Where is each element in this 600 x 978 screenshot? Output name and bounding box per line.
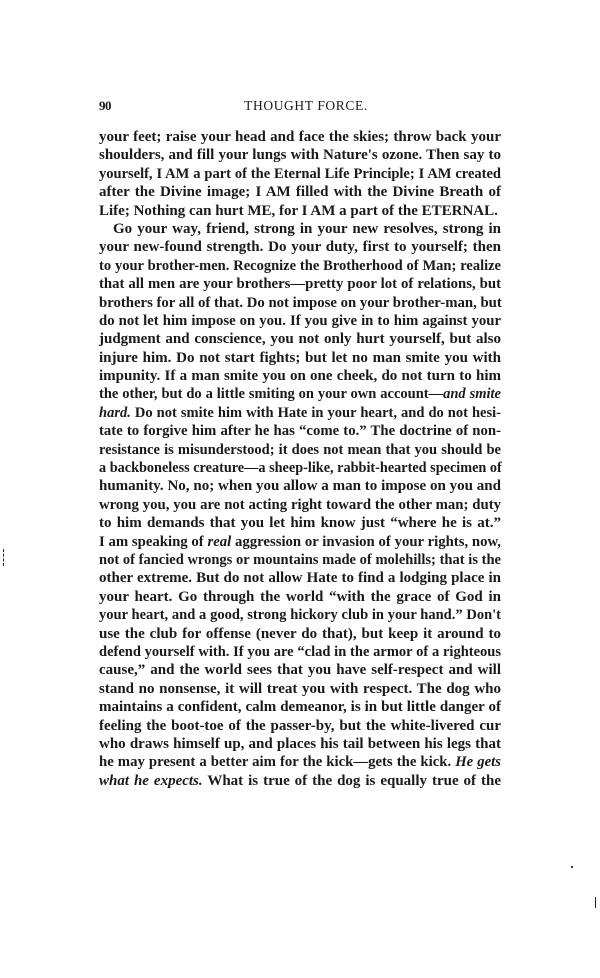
text-line: what he expects. What is true of the dog… bbox=[99, 772, 501, 790]
book-page: 90 THOUGHT FORCE. your feet; raise your … bbox=[0, 0, 600, 978]
text-line: your feet; raise your head and face the … bbox=[99, 128, 501, 146]
text-line: hard. Do not smite him with Hate in your… bbox=[99, 404, 501, 422]
italic-emphasis: real bbox=[207, 534, 231, 550]
text-line: Go your way, friend, strong in your new … bbox=[99, 220, 501, 238]
text-line: your heart, and a good, strong hickory c… bbox=[99, 606, 501, 624]
line-text: not of fancied wrongs or mountains made … bbox=[99, 552, 501, 568]
line-text: who draws himself up, and places his tai… bbox=[99, 736, 501, 752]
text-line: impunity. If a man smite you on one chee… bbox=[99, 367, 501, 385]
line-text: impunity. If a man smite you on one chee… bbox=[99, 368, 501, 384]
text-line: humanity. No, no; when you allow a man t… bbox=[99, 477, 501, 495]
line-text: stand no nonsense, it will treat you wit… bbox=[99, 681, 501, 697]
line-text: cause,” and the world sees that you have… bbox=[99, 662, 501, 678]
line-text: yourself, I AM a part of the Eternal Lif… bbox=[99, 166, 501, 182]
line-text: a backboneless creature—a sheep-like, ra… bbox=[99, 460, 502, 476]
line-text: resistance is misunderstood; it does not… bbox=[99, 442, 501, 458]
text-line: he may present a better aim for the kick… bbox=[99, 753, 501, 771]
text-line: feeling the boot-toe of the passer-by, b… bbox=[99, 717, 501, 735]
italic-emphasis: hard. bbox=[99, 405, 131, 421]
text-line: not of fancied wrongs or mountains made … bbox=[99, 551, 501, 569]
text-line: after the Divine image; I AM filled with… bbox=[99, 183, 501, 201]
line-text: after the Divine image; I AM filled with… bbox=[99, 184, 501, 200]
text-line: your heart. Go through the world “with t… bbox=[99, 588, 501, 606]
italic-emphasis: and smite bbox=[443, 386, 501, 402]
scan-speck bbox=[571, 866, 573, 868]
text-line: who draws himself up, and places his tai… bbox=[99, 735, 501, 753]
text-line: to your brother-men. Recognize the Broth… bbox=[99, 257, 501, 275]
text-line: yourself, I AM a part of the Eternal Lif… bbox=[99, 165, 501, 183]
text-line: use the club for offense (never do that)… bbox=[99, 625, 501, 643]
text-line: to him demands that you let him know jus… bbox=[99, 514, 501, 532]
text-line: stand no nonsense, it will treat you wit… bbox=[99, 680, 501, 698]
line-text: brothers for all of that. Do not impose … bbox=[99, 295, 502, 311]
line-text: shoulders, and fill your lungs with Natu… bbox=[99, 147, 501, 163]
line-text: other extreme. But do not allow Hate to … bbox=[99, 570, 501, 586]
text-line: that all men are your brothers—pretty po… bbox=[99, 275, 501, 293]
text-line: tate to forgive him after he has “come t… bbox=[99, 422, 501, 440]
line-text: What is true of the dog is equally true … bbox=[203, 773, 501, 789]
line-text: to him demands that you let him know jus… bbox=[99, 515, 501, 531]
line-text: maintains a confident, calm demeanor, is… bbox=[99, 699, 501, 715]
text-line: judgment and conscience, you not only hu… bbox=[99, 330, 501, 348]
text-line: the other, but do a little smiting on yo… bbox=[99, 385, 501, 403]
text-line: resistance is misunderstood; it does not… bbox=[99, 441, 501, 459]
line-text: I am speaking of bbox=[99, 534, 207, 550]
text-line: maintains a confident, calm demeanor, is… bbox=[99, 698, 501, 716]
text-line: defend yourself with. If you are “clad i… bbox=[99, 643, 501, 661]
line-text: judgment and conscience, you not only hu… bbox=[99, 331, 501, 347]
scan-artifact-left bbox=[3, 549, 5, 566]
book-title: THOUGHT FORCE. bbox=[99, 98, 501, 114]
line-text: your heart, and a good, strong hickory c… bbox=[99, 607, 501, 623]
text-line: Life; Nothing can hurt ME, for I AM a pa… bbox=[99, 202, 501, 220]
text-line: cause,” and the world sees that you have… bbox=[99, 661, 501, 679]
text-line: brothers for all of that. Do not impose … bbox=[99, 294, 501, 312]
scan-artifact-right bbox=[595, 897, 596, 908]
line-text: the other, but do a little smiting on yo… bbox=[99, 386, 443, 402]
body-text: your feet; raise your head and face the … bbox=[99, 128, 501, 790]
text-line: your new-found strength. Do your duty, f… bbox=[99, 238, 501, 256]
text-line: a backboneless creature—a sheep-like, ra… bbox=[99, 459, 501, 477]
line-text: that all men are your brothers—pretty po… bbox=[99, 276, 501, 292]
text-line: shoulders, and fill your lungs with Natu… bbox=[99, 146, 501, 164]
line-text: your feet; raise your head and face the … bbox=[99, 129, 501, 145]
line-text: humanity. No, no; when you allow a man t… bbox=[99, 478, 501, 494]
line-text: injure him. Do not start fights; but let… bbox=[99, 350, 501, 366]
text-line: I am speaking of real aggression or inva… bbox=[99, 533, 501, 551]
text-line: other extreme. But do not allow Hate to … bbox=[99, 569, 501, 587]
italic-emphasis: what he expects. bbox=[99, 773, 203, 789]
line-text: to your brother-men. Recognize the Broth… bbox=[99, 258, 501, 274]
line-text: Life; Nothing can hurt ME, for I AM a pa… bbox=[99, 203, 498, 219]
line-text: use the club for offense (never do that)… bbox=[99, 626, 501, 642]
line-text: aggression or invasion of your rights, n… bbox=[231, 534, 501, 550]
text-line: injure him. Do not start fights; but let… bbox=[99, 349, 501, 367]
line-text: your new-found strength. Do your duty, f… bbox=[99, 239, 501, 255]
line-text: your heart. Go through the world “with t… bbox=[99, 589, 501, 605]
running-head: 90 THOUGHT FORCE. bbox=[99, 98, 501, 118]
line-text: do not let him impose on you. If you giv… bbox=[99, 313, 501, 329]
line-text: feeling the boot-toe of the passer-by, b… bbox=[99, 718, 501, 734]
text-line: wrong you, you are not acting right towa… bbox=[99, 496, 501, 514]
line-text: wrong you, you are not acting right towa… bbox=[99, 497, 501, 513]
text-line: do not let him impose on you. If you giv… bbox=[99, 312, 501, 330]
line-text: tate to forgive him after he has “come t… bbox=[99, 423, 501, 439]
line-text: defend yourself with. If you are “clad i… bbox=[99, 644, 501, 660]
italic-emphasis: He gets bbox=[455, 754, 501, 770]
line-text: he may present a better aim for the kick… bbox=[99, 754, 455, 770]
line-text: Do not smite him with Hate in your heart… bbox=[131, 405, 501, 421]
line-text: Go your way, friend, strong in your new … bbox=[113, 221, 501, 237]
